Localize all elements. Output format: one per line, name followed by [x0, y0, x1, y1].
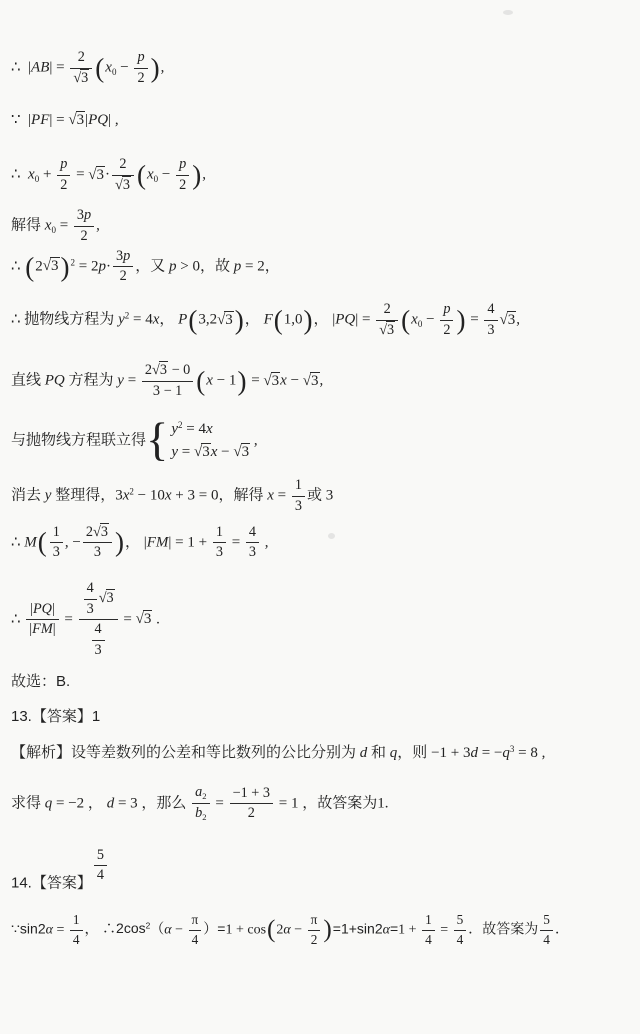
line-pq-line-equation: 直线 PQ 方程为 y = 2√3 − 03 − 1(x − 1) = √3x …: [11, 363, 636, 399]
line-therefore-ab-length: ∴ |AB| = 2√3(x0 − p2),: [11, 50, 636, 86]
line-pq-over-fm-ratio: ∴ |PQ||FM| = 43√343 = √3 .: [11, 581, 636, 659]
line-q14-answer: 14.【答案】54: [11, 848, 636, 893]
line-because-pf-pq: ∵ |PF| = √3|PQ| ,: [11, 111, 636, 130]
line-q13-answer: 13.【答案】1: [11, 708, 636, 727]
line-q13-result: 求得 q = −2 ， d = 3 ，那么 a2b2 = −1 + 32 = 1…: [11, 785, 636, 823]
scan-artifact: [328, 533, 335, 539]
scan-artifact: [503, 10, 513, 15]
line-q13-analysis: 【解析】设等差数列的公差和等比数列的公比分别为 d 和 q，则 −1 + 3d …: [11, 744, 636, 763]
line-x0-equation: ∴ x0 + p2 = √3·2√3(x0 − p2),: [11, 157, 636, 193]
line-quadratic-solutions: 消去 y 整理得，3x2 − 10x + 3 = 0，解得 x = 13或 3: [11, 478, 636, 514]
line-system-of-equations: 与抛物线方程联立得{y2 = 4xy = √3x − √3 ,: [11, 418, 636, 465]
line-p-value: ∴ (2√3)2 = 2p·3p2，又 p > 0，故 p = 2，: [11, 249, 636, 285]
line-parabola-equation: ∴ 抛物线方程为 y2 = 4x， P(3,2√3)， F(1,0)， |PQ|…: [11, 302, 636, 338]
solution-content: ∴ |AB| = 2√3(x0 − p2), ∵ |PF| = √3|PQ| ,…: [0, 50, 640, 947]
line-answer-choice: 故选：B.: [11, 673, 636, 692]
line-point-m-and-fm: ∴ M(13, −2√33)， |FM| = 1 + 13 = 43 ,: [11, 525, 636, 561]
document-page: ∴ |AB| = 2√3(x0 − p2), ∵ |PF| = √3|PQ| ,…: [0, 0, 640, 1034]
line-solve-x0: 解得 x0 = 3p2,: [11, 208, 636, 244]
line-q14-analysis: ∵sin2α = 14， ∴2cos2（α − π4）=1 + cos(2α −…: [11, 913, 636, 947]
